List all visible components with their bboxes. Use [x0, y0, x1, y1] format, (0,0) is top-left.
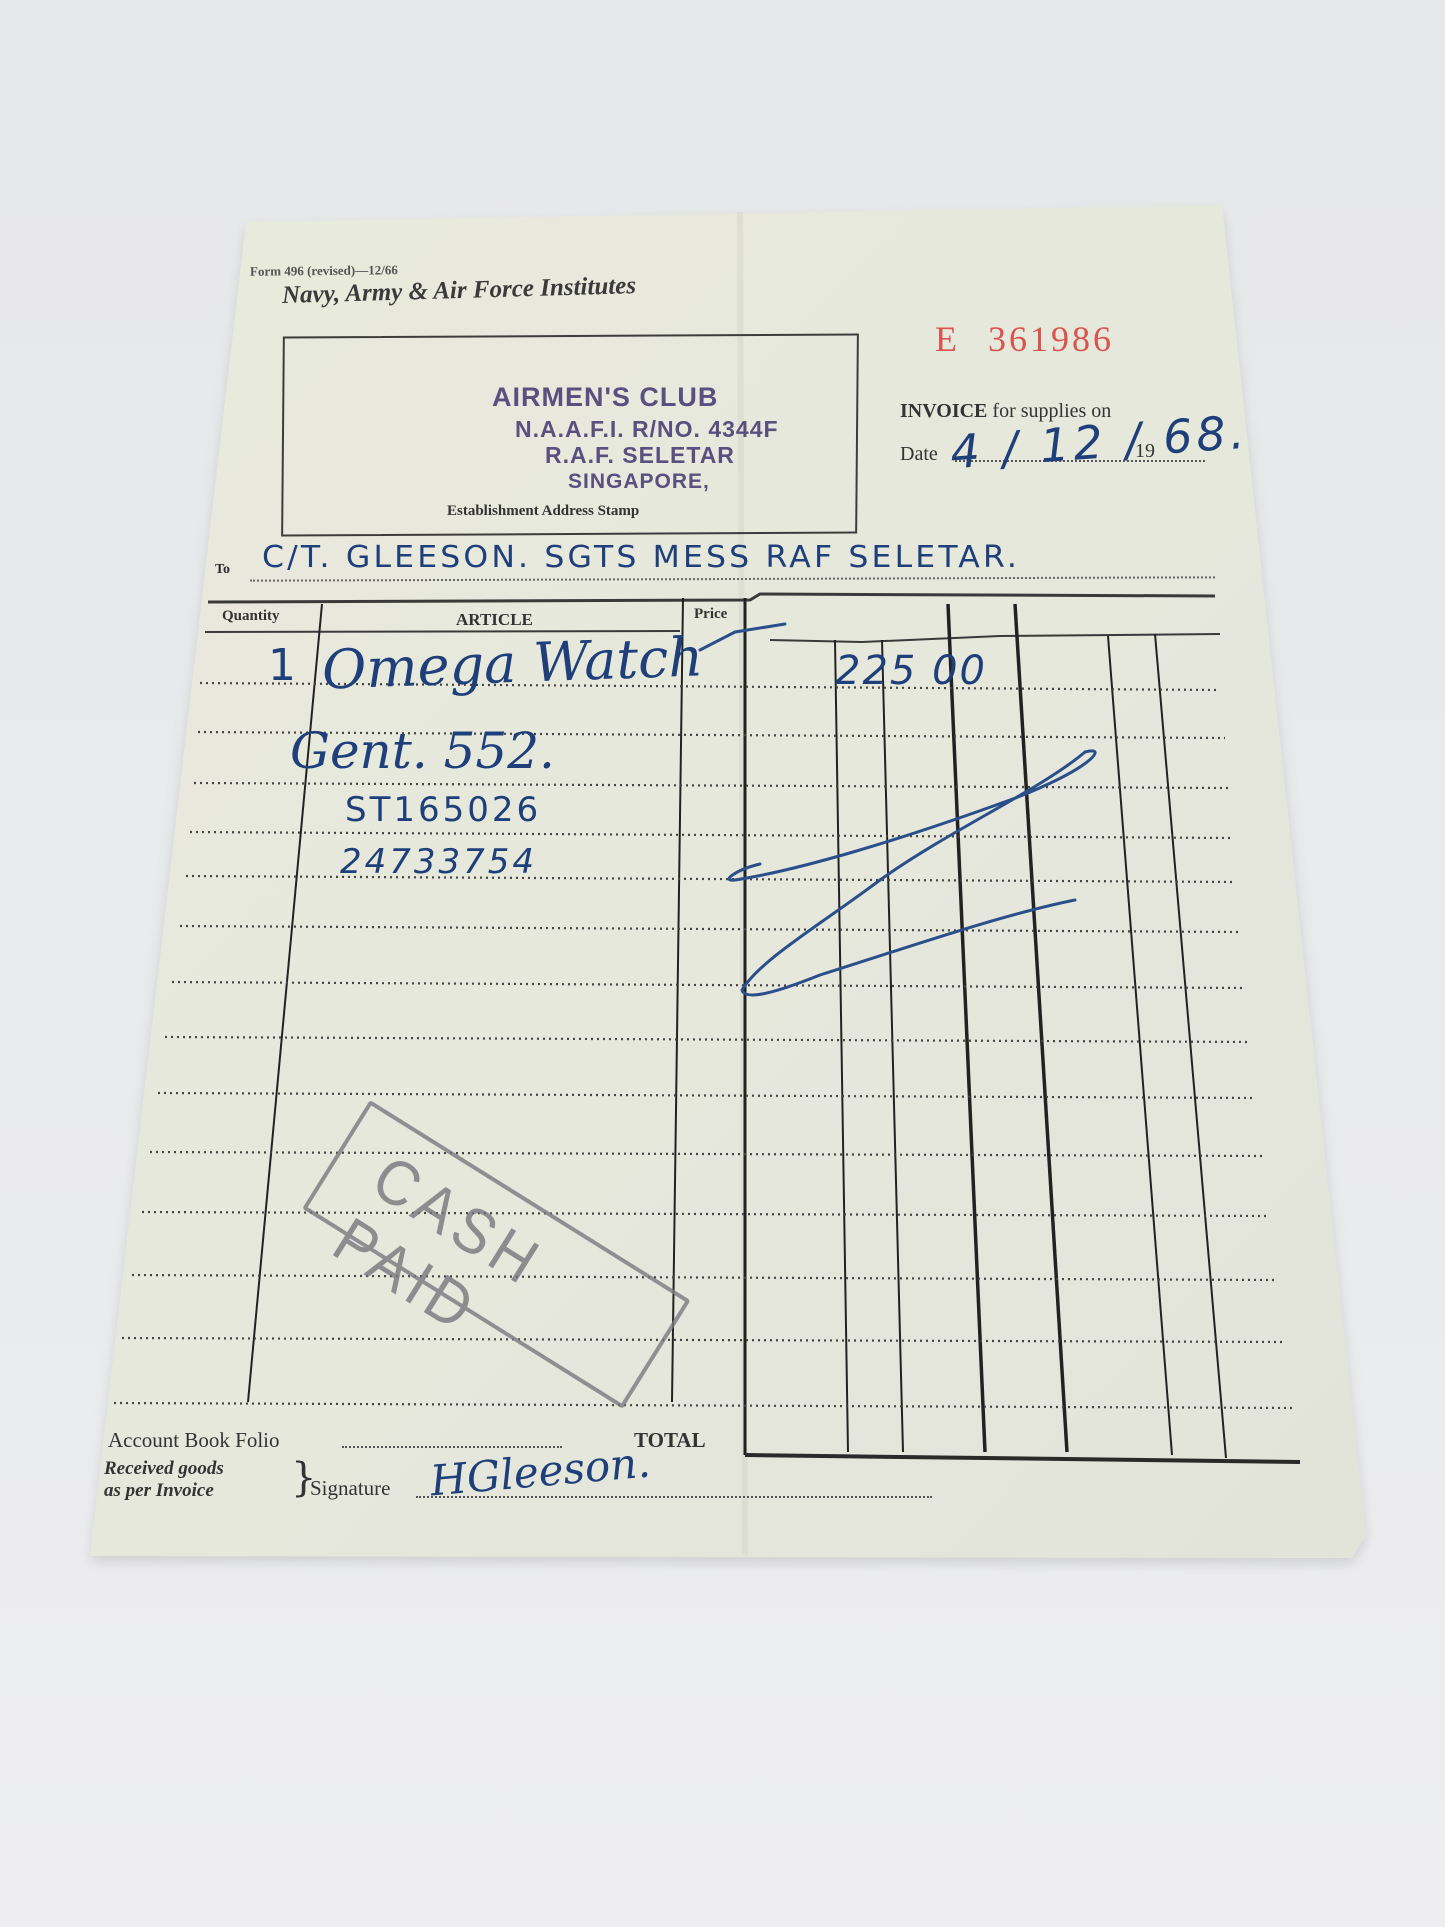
stamp-line-country: SINGAPORE,: [568, 470, 710, 494]
handwritten-recipient: C/T. GLEESON. SGTS MESS RAF SELETAR.: [262, 540, 1020, 575]
invoice-word: INVOICE: [900, 400, 987, 422]
date-label: Date: [900, 443, 938, 466]
row-2-article: Gent. 552.: [290, 722, 555, 780]
form-number: Form 496 (revised)—12/66: [250, 262, 398, 280]
column-header-quantity: Quantity: [222, 608, 280, 625]
stamp-line-reg: N.A.A.F.I. R/NO. 4344F: [515, 416, 779, 443]
serial-number: E361986: [935, 318, 1114, 360]
stamp-line-club: AIRMEN'S CLUB: [492, 382, 718, 413]
row-3-article: ST165026: [345, 790, 541, 830]
establishment-stamp-label: Establishment Address Stamp: [447, 503, 639, 520]
row-1-amount: 225 00: [835, 648, 987, 694]
row-4-article: 24733754: [340, 842, 537, 882]
serial-prefix: E: [935, 319, 960, 359]
received-line-2: as per Invoice: [104, 1480, 224, 1502]
signature-label: Signature: [310, 1476, 390, 1501]
to-label: To: [215, 562, 230, 578]
row-1-quantity: 1: [268, 640, 296, 691]
stamp-line-station: R.A.F. SELETAR: [545, 442, 735, 469]
invoice-paper: Form 496 (revised)—12/66 Navy, Army & Ai…: [0, 0, 1445, 1927]
serial-digits: 361986: [988, 319, 1114, 359]
column-header-article: ARTICLE: [456, 610, 533, 630]
received-goods-label: Received goods as per Invoice: [104, 1458, 224, 1502]
paper-and-rules: [0, 0, 1445, 1927]
received-line-1: Received goods: [104, 1458, 224, 1480]
column-header-price: Price: [694, 606, 727, 623]
account-book-folio-label: Account Book Folio: [108, 1428, 280, 1453]
row-1-article: Omega Watch: [321, 625, 704, 701]
